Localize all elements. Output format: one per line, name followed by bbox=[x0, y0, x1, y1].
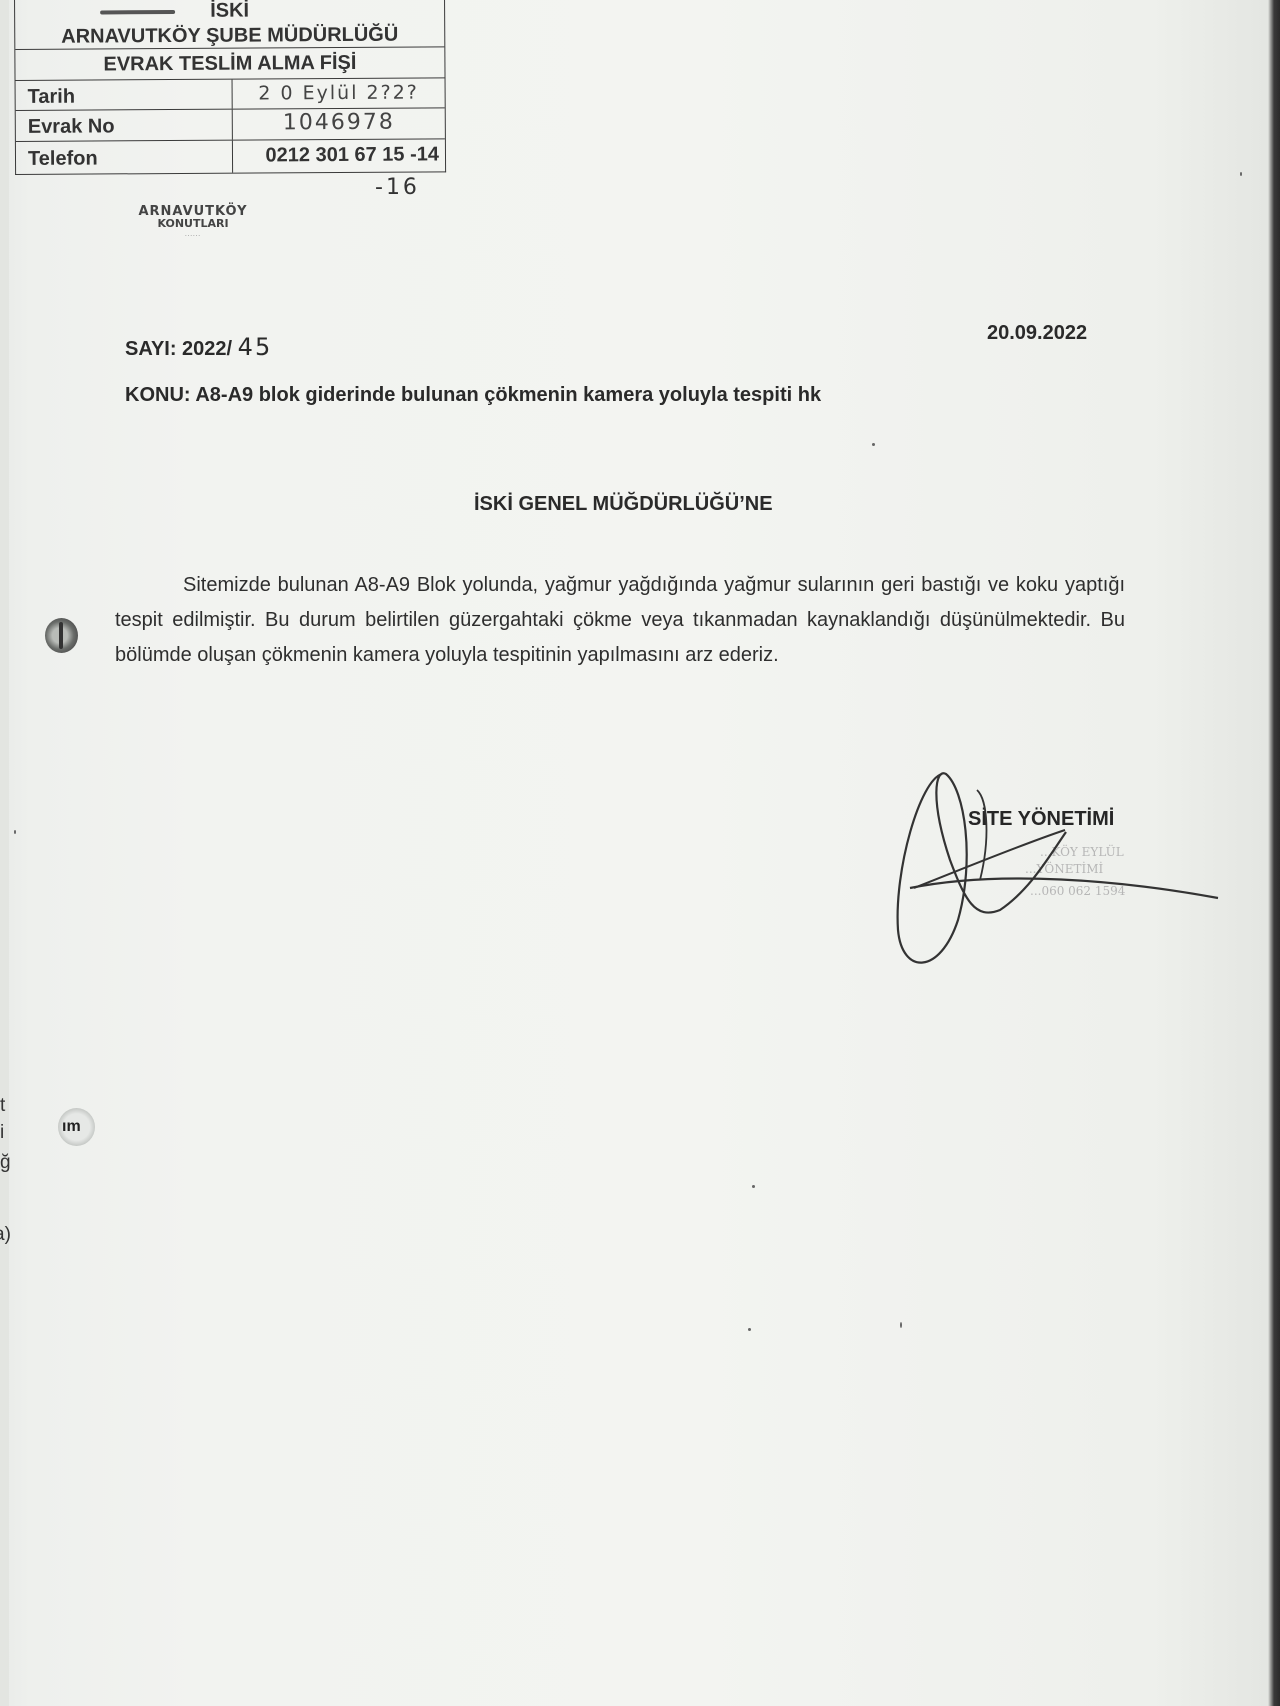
handwritten-extension: -16 bbox=[375, 175, 420, 200]
sliver-char: ğ bbox=[0, 1152, 11, 1174]
paper-speck bbox=[1240, 172, 1242, 176]
punch-hole bbox=[45, 618, 78, 653]
receipt-branch: ARNAVUTKÖY ŞUBE MÜDÜRLÜĞÜ bbox=[15, 22, 444, 49]
letter-body: Sitemizde bulunan A8-A9 Blok yolunda, ya… bbox=[115, 568, 1125, 673]
letter-addressee: İSKİ GENEL MÜĞDÜRLÜĞÜ’NE bbox=[474, 493, 773, 516]
document-number-handwritten: 45 bbox=[238, 333, 273, 361]
receipt-label: Tarih bbox=[16, 80, 233, 110]
logo-line-2: KONUTLARI bbox=[128, 218, 258, 229]
receipt-org: İSKİ bbox=[15, 0, 444, 25]
letter-subject: KONU: A8-A9 blok giderinde bulunan çökme… bbox=[125, 384, 821, 407]
receipt-value-doc-no: 1046978 bbox=[233, 108, 445, 139]
punch-hole: ım bbox=[58, 1108, 95, 1146]
receipt-row-date: Tarih 2 0 Eylül 2?2? bbox=[16, 77, 445, 110]
receipt-value-date: 2 0 Eylül 2?2? bbox=[233, 78, 445, 108]
pen-dash-mark bbox=[100, 10, 175, 14]
letter-date: 20.09.2022 bbox=[987, 322, 1087, 345]
sliver-char: t bbox=[0, 1095, 5, 1117]
paper-speck bbox=[14, 830, 16, 834]
paper-speck bbox=[872, 443, 875, 446]
handwritten-signature bbox=[880, 760, 1240, 980]
document-number: SAYI: 2022/ 45 bbox=[125, 333, 272, 361]
receipt-stamp-table: İSKİ ARNAVUTKÖY ŞUBE MÜDÜRLÜĞÜ EVRAK TES… bbox=[14, 0, 446, 175]
receipt-row-doc-no: Evrak No 1046978 bbox=[16, 107, 445, 141]
hole-visible-text: ım bbox=[62, 1118, 81, 1136]
paper-speck bbox=[748, 1328, 751, 1331]
receipt-title: EVRAK TESLİM ALMA FİŞİ bbox=[15, 47, 444, 80]
sliver-char: a) bbox=[0, 1224, 11, 1246]
paper-speck bbox=[900, 1322, 902, 1328]
receipt-row-phone: Telefon 0212 301 67 15 -14 bbox=[16, 138, 445, 174]
receipt-label: Telefon bbox=[16, 141, 233, 174]
document-number-label: SAYI: 2022/ bbox=[125, 338, 232, 360]
sliver-char: i bbox=[0, 1122, 4, 1144]
logo-line-3: ...... bbox=[128, 232, 258, 238]
paper-speck bbox=[752, 1185, 755, 1188]
letterhead-logo: ARNAVUTKÖY KONUTLARI ...... bbox=[128, 205, 258, 238]
letter-body-paragraph: Sitemizde bulunan A8-A9 Blok yolunda, ya… bbox=[115, 568, 1125, 673]
receipt-value-phone: 0212 301 67 15 -14 bbox=[233, 139, 445, 172]
underlying-page-sliver bbox=[0, 0, 9, 1706]
receipt-label: Evrak No bbox=[16, 110, 233, 141]
